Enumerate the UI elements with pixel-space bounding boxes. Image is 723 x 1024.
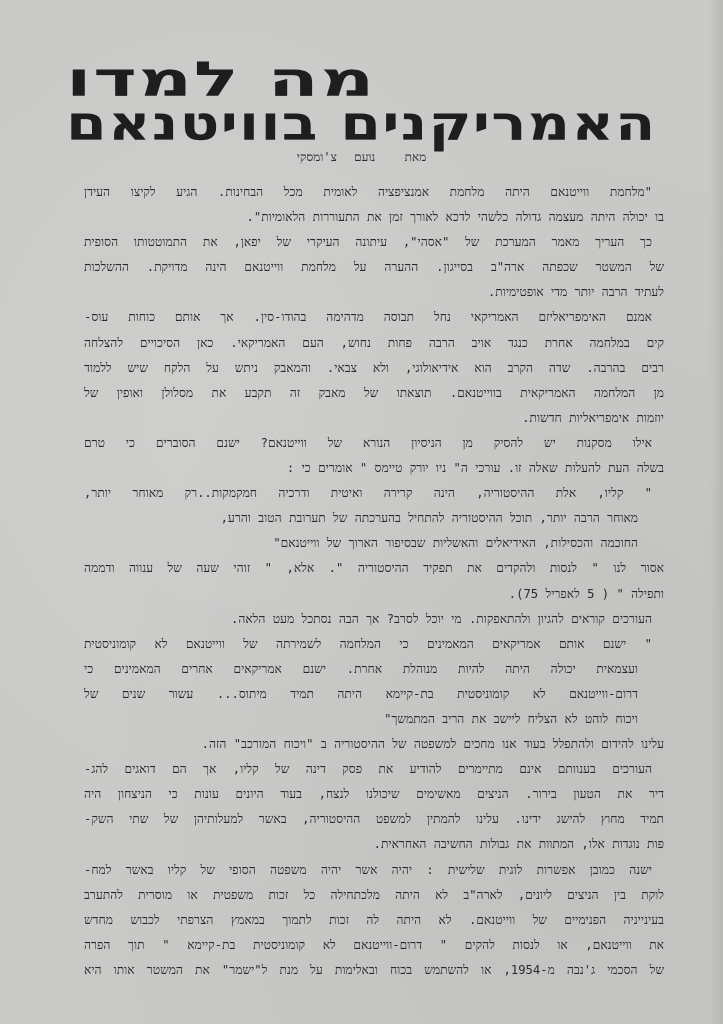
text-line: לוקת בין הניצים ליונים, לארה"ב לא היתה מ… — [84, 883, 664, 908]
text-line: של המשטר שכפתה ארה"ב בסייגון. ההערה על מ… — [84, 255, 664, 280]
text-line: אסור לנו " לנסות ולהקדים את תפקיד ההיסטו… — [84, 556, 664, 581]
text-line: לעתיד הרבה יותר מדי אופטימיות. — [84, 280, 664, 305]
document-page: מה למדו האמריקנים בוויטנאם מאת נועם צ'ומ… — [0, 0, 723, 1024]
text-line: "מלחמת ווייטנאם היתה מלחמת אמנציפציה לאו… — [84, 180, 664, 205]
text-line: דרום-ווייטנאם לא קומוניסטית בת-קיימא הית… — [84, 682, 664, 707]
text-line: בו יכולה היתה מעצמה גדולה כלשהי לדכא לאו… — [84, 205, 664, 230]
byline: מאת נועם צ'ומסקי — [0, 150, 723, 165]
text-line: בשלה העת להעלות שאלה זו. עורכי ה" ניו יו… — [84, 456, 664, 481]
text-line: אמנם האימפריאליזם האמריקאי נחל תבוסה מדה… — [84, 305, 664, 330]
text-line: העורכים בענוותם אינם מתיימרים להודיע את … — [84, 757, 664, 782]
text-line: העורכים קוראים להגיון ולהתאפקות. מי יוכל… — [84, 607, 664, 632]
text-line: עלינו להידום ולהתפלל בעוד אנו מחכים למשפ… — [84, 732, 664, 757]
text-line: פות נוגדות אלו, המתוות את גבולות החשיבה … — [84, 832, 664, 857]
article-body: "מלחמת ווייטנאם היתה מלחמת אמנציפציה לאו… — [84, 180, 664, 983]
text-line: דיר את הטעון בירור. הניצים מאשימים שיכול… — [84, 782, 664, 807]
text-line: את ווייטנאם, או לנסות להקים " דרום-ווייט… — [84, 933, 664, 958]
text-line: אילו מסקנות יש להסיק מן הניסיון הנורא של… — [84, 431, 664, 456]
text-line: מן המלחמה האמריקאית בווייטנאם. תוצאתו של… — [84, 381, 664, 406]
text-line: בעינייניה הפנימיים של ווייטנאם. לא היתה … — [84, 908, 664, 933]
text-line: כך העריך מאמר המערכת של "אסהי", עיתונה ה… — [84, 230, 664, 255]
text-line: החוכמה והכסילות, האידיאלים והאשליות שבסי… — [84, 531, 664, 556]
text-line: ישנה כמובן אפשרות לוגית שלישית : יהיה אש… — [84, 858, 664, 883]
text-line: ותפילה " ( 5 לאפריל 75). — [84, 582, 664, 607]
text-line: של הסכמי ג'נבה מ-1954, או להשתמש בכוח וב… — [84, 958, 664, 983]
byline-author: נועם צ'ומסקי — [297, 150, 376, 164]
text-line: רבים בהרבה. שדה הקרב הוא אידיאולוגי, ולא… — [84, 356, 664, 381]
text-line: קים במלחמה אחרת כנגד אויב הרבה פחות נחוש… — [84, 331, 664, 356]
title-line-2: האמריקנים בוויטנאם — [66, 100, 657, 148]
text-line: " ישנם אותם אמריקאים המאמינים כי המלחמה … — [84, 632, 664, 657]
text-line: תמיד מחוץ להישג ידינו. עלינו להמתין למשפ… — [84, 807, 664, 832]
text-line: " קליו, אלת ההיסטוריה, הינה קרירה ואיטית… — [84, 481, 664, 506]
text-line: ועצמאית יכולה היתה להיות מנוהלת אחרת. יש… — [84, 657, 664, 682]
byline-prefix: מאת — [405, 150, 427, 164]
text-line: מאוחר הרבה יותר, תוכל ההיסטוריה להתחיל ב… — [84, 506, 664, 531]
text-line: יוזמות אימפריאליות חדשות. — [84, 406, 664, 431]
text-line: ויכוח לוהט לא הצליח ליישב את הריב המתמשך… — [84, 707, 664, 732]
